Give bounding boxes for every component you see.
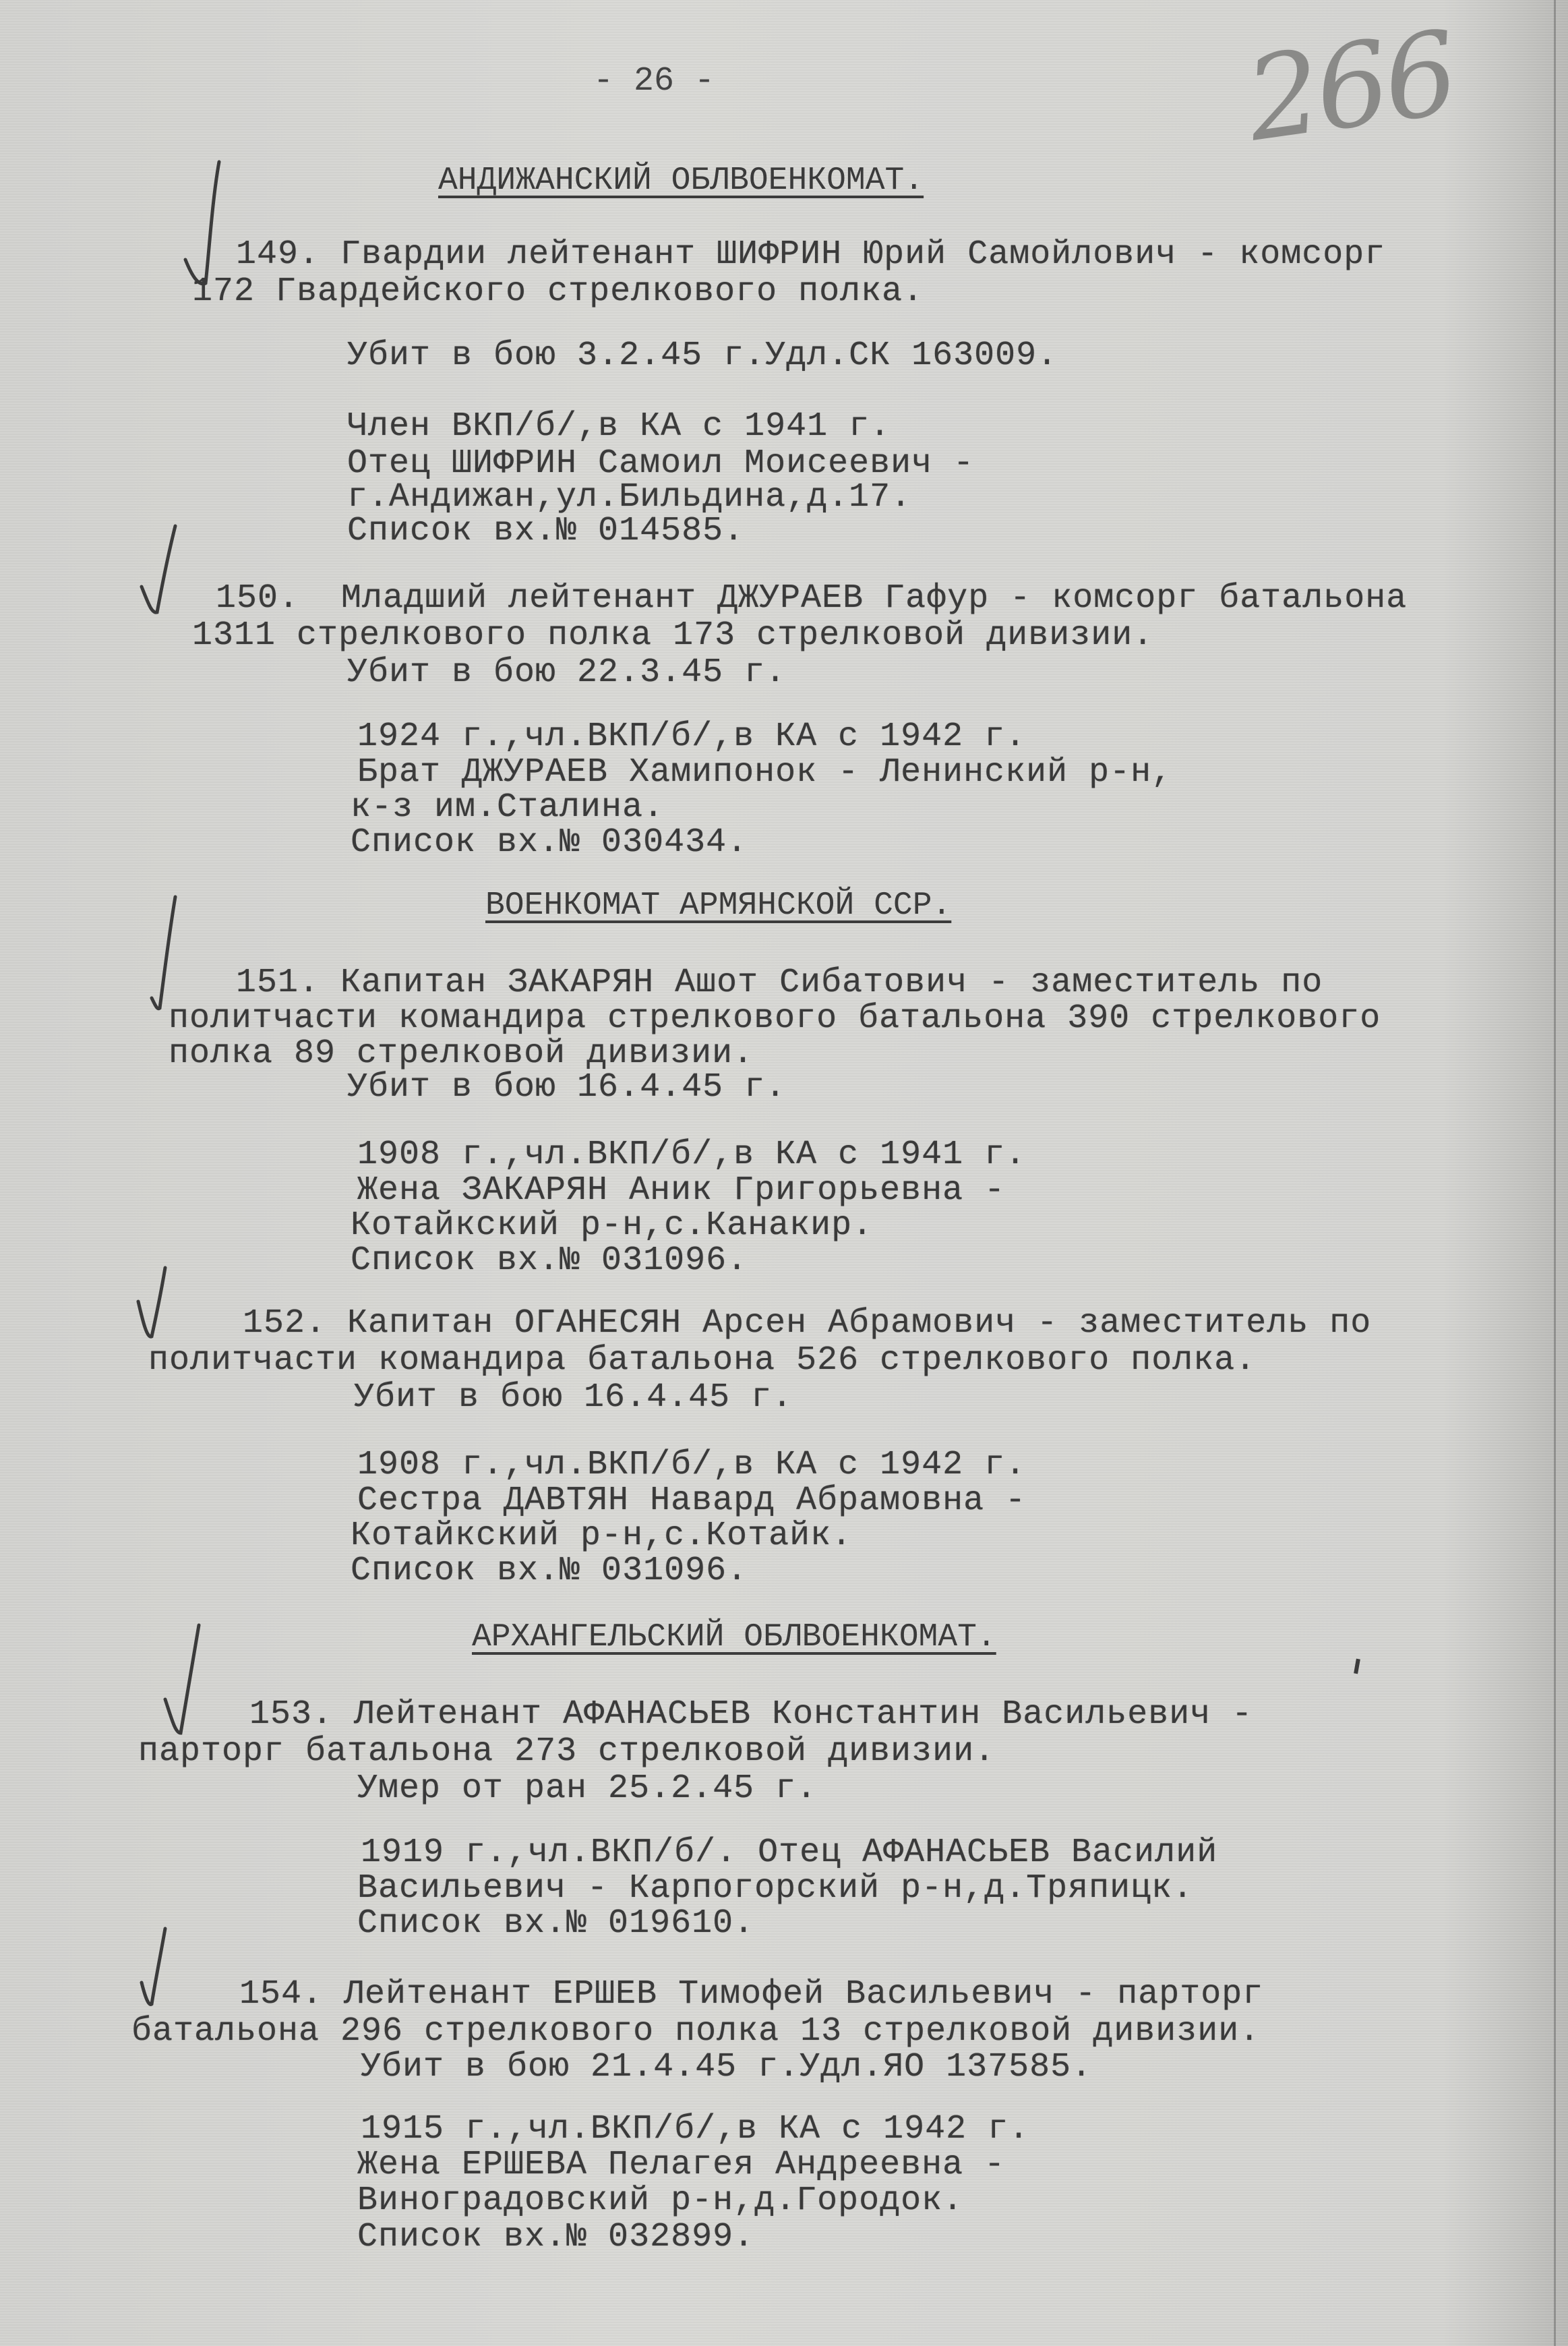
entry-150-detail-1: 1924 г.,чл.ВКП/б/,в КА с 1942 г.: [357, 718, 1026, 756]
entry-151-line-1: 151. Капитан ЗАКАРЯН Ашот Сибатович - за…: [236, 964, 1323, 1002]
entry-153-status: Умер от ран 25.2.45 г.: [357, 1770, 817, 1808]
entry-150-line-1: 150. Младший лейтенант ДЖУРАЕВ Гафур - к…: [216, 580, 1407, 618]
entry-152-status: Убит в бою 16.4.45 г.: [354, 1379, 793, 1417]
entry-149-status: Убит в бою 3.2.45 г.Удл.СК 163009.: [347, 337, 1058, 375]
entry-154-detail-3: Виноградовский р-н,д.Городок.: [357, 2182, 963, 2220]
entry-150-list-number: Список вх.№ 030434.: [351, 824, 748, 862]
entry-153-line-2: парторг батальона 273 стрелковой дивизии…: [138, 1733, 995, 1771]
entry-149-line-2: 172 Гвардейского стрелкового полка.: [192, 273, 924, 311]
entry-150-detail-3: к-з им.Сталина.: [351, 789, 664, 827]
ink-mark: [1354, 1659, 1360, 1674]
archive-stamp-number: 266: [1239, 7, 1462, 168]
entry-152-detail-1: 1908 г.,чл.ВКП/б/,в КА с 1942 г.: [357, 1446, 1026, 1484]
entry-152-line-1: 152. Капитан ОГАНЕСЯН Арсен Абрамович - …: [243, 1305, 1371, 1343]
section-heading-armenian-ssr: ВОЕНКОМАТ АРМЯНСКОЙ ССР.: [485, 887, 951, 925]
entry-151-detail-2: Жена ЗАКАРЯН Аник Григорьевна -: [357, 1172, 1005, 1210]
entry-154-status: Убит в бою 21.4.45 г.Удл.ЯО 137585.: [361, 2049, 1092, 2086]
entry-151-detail-3: Котайкский р-н,с.Канакир.: [351, 1207, 873, 1245]
entry-154-list-number: Список вх.№ 032899.: [357, 2219, 754, 2256]
entry-153-list-number: Список вх.№ 019610.: [357, 1905, 754, 1943]
entry-151-detail-1: 1908 г.,чл.ВКП/б/,в КА с 1941 г.: [357, 1136, 1026, 1174]
entry-152-detail-2: Сестра ДАВТЯН Навард Абрамовна -: [357, 1482, 1026, 1520]
entry-154-line-1: 154. Лейтенант ЕРШЕВ Тимофей Васильевич …: [239, 1976, 1263, 2014]
entry-149-detail-1: Член ВКП/б/,в КА с 1941 г.: [347, 408, 891, 446]
entry-149-list-number: Список вх.№ 014585.: [347, 512, 744, 550]
entry-153-detail-1: 1919 г.,чл.ВКП/б/. Отец АФАНАСЬЕВ Васили…: [361, 1834, 1217, 1872]
entry-150-line-2: 1311 стрелкового полка 173 стрелковой ди…: [192, 617, 1153, 655]
entry-152-list-number: Список вх.№ 031096.: [351, 1552, 748, 1590]
page-number: - 26 -: [593, 62, 715, 100]
entry-151-list-number: Список вх.№ 031096.: [351, 1242, 748, 1280]
entry-154-detail-1: 1915 г.,чл.ВКП/б/,в КА с 1942 г.: [361, 2111, 1029, 2148]
entry-151-line-2: политчасти командира стрелкового батальо…: [169, 1000, 1381, 1038]
entry-154-detail-2: Жена ЕРШЕВА Пелагея Андреевна -: [357, 2146, 1005, 2184]
entry-150-detail-2: Брат ДЖУРАЕВ Хамипонок - Ленинский р-н,: [357, 754, 1172, 792]
section-heading-arkhangelsk: АРХАНГЕЛЬСКИЙ ОБЛВОЕНКОМАТ.: [472, 1618, 996, 1656]
entry-151-status: Убит в бою 16.4.45 г.: [347, 1069, 786, 1107]
entry-152-line-2: политчасти командира батальона 526 стрел…: [148, 1342, 1256, 1380]
entry-152-detail-3: Котайкский р-н,с.Котайк.: [351, 1517, 852, 1555]
entry-153-line-1: 153. Лейтенант АФАНАСЬЕВ Константин Васи…: [249, 1696, 1253, 1734]
section-heading-andijan: АНДИЖАНСКИЙ ОБЛВОЕНКОМАТ.: [438, 162, 924, 200]
entry-150-status: Убит в бою 22.3.45 г.: [347, 654, 786, 692]
entry-153-detail-2: Васильевич - Карпогорский р-н,д.Тряпицк.: [357, 1870, 1193, 1908]
page-edge: [1554, 0, 1556, 2346]
document-page: - 26 - 266 АНДИЖАНСКИЙ ОБЛВОЕНКОМАТ. 149…: [0, 0, 1568, 2346]
entry-151-line-3: полка 89 стрелковой дивизии.: [169, 1035, 754, 1073]
checkmark-icon: [135, 1268, 216, 1403]
entry-149-line-1: 149. Гвардии лейтенант ШИФРИН Юрий Самой…: [236, 236, 1385, 274]
entry-149-detail-2: Отец ШИФРИН Самоил Моисеевич -: [347, 445, 974, 483]
entry-149-detail-3: г.Андижан,ул.Бильдина,д.17.: [347, 479, 911, 517]
entry-154-line-2: батальона 296 стрелкового полка 13 стрел…: [131, 2013, 1260, 2051]
